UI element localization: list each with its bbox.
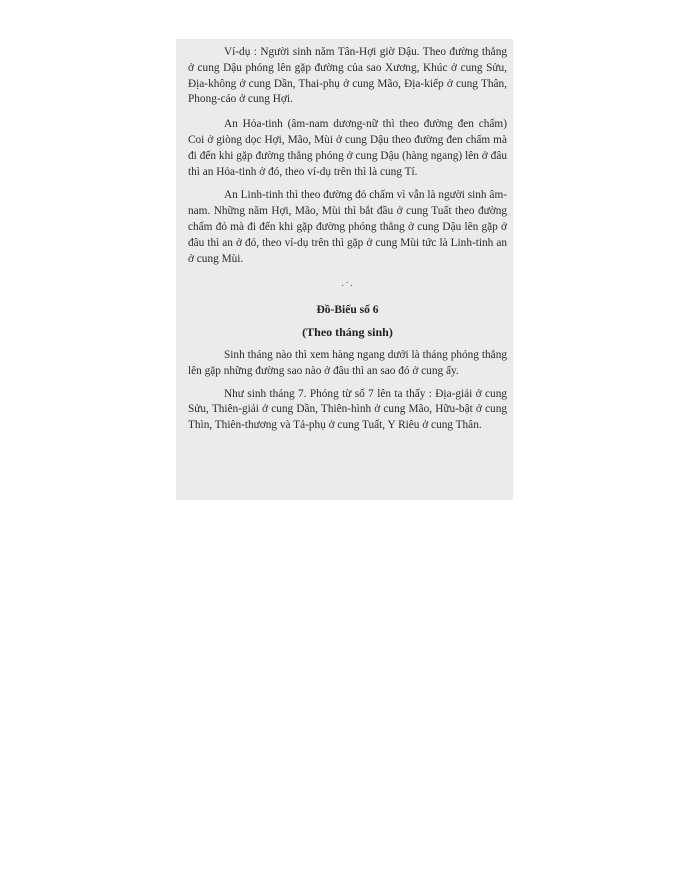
scanned-page: Ví-dụ : Người sinh năm Tân-Hợi giờ Dậu. … bbox=[176, 39, 513, 500]
ornament-dots: ·˙· bbox=[188, 279, 507, 293]
paragraph-instructions: Sinh tháng nào thì xem hàng ngang dưới l… bbox=[188, 348, 507, 380]
section-subtitle: (Theo tháng sinh) bbox=[188, 325, 507, 341]
paragraph-month-example: Như sinh tháng 7. Phóng từ số 7 lên ta t… bbox=[188, 387, 507, 434]
paragraph-hoa-tinh: An Hỏa-tinh (âm-nam dương-nữ thì theo đư… bbox=[188, 117, 507, 180]
section-title: Đồ-Biểu số 6 bbox=[188, 303, 507, 319]
paragraph-example: Ví-dụ : Người sinh năm Tân-Hợi giờ Dậu. … bbox=[188, 45, 507, 108]
paragraph-linh-tinh: An Linh-tinh thì theo đường đỏ chấm vì v… bbox=[188, 188, 507, 267]
